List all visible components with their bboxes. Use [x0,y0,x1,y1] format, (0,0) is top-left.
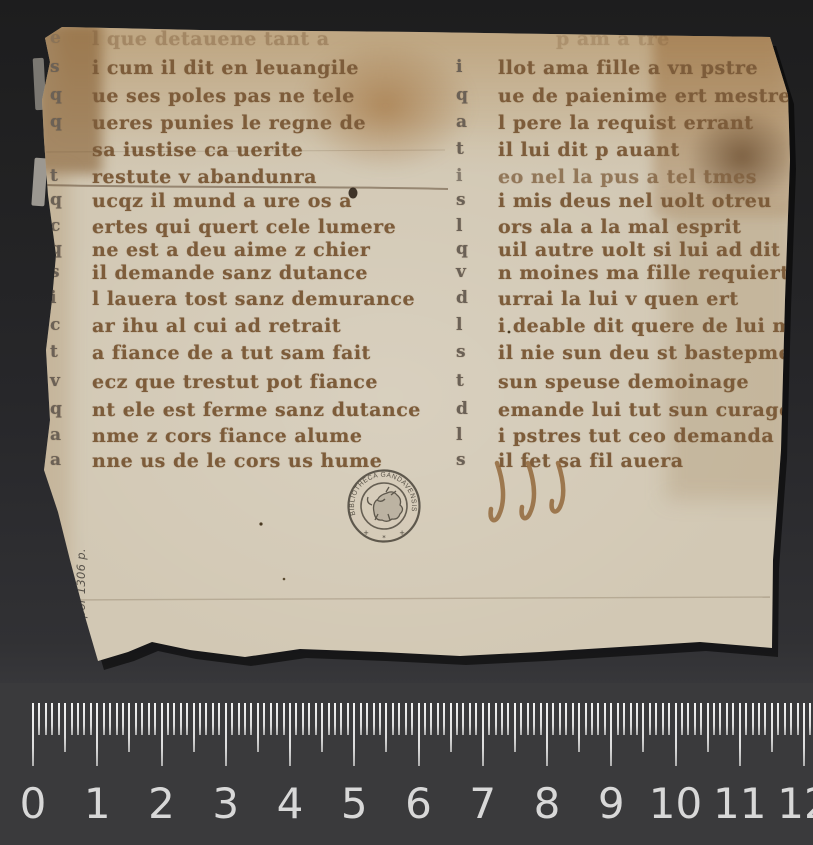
ruler-tick [437,703,439,735]
ruler-tick [527,703,529,735]
ruler-tick [373,703,375,735]
manuscript-line: i cum il dit en leuangile [92,57,359,79]
manuscript-line: l que detauene tant a [92,28,330,50]
ruler-tick [623,703,625,735]
ruler-number: 4 [277,779,304,828]
ruler-tick [71,703,73,735]
ruler-tick [334,703,336,735]
ruler-number: 7 [469,779,496,828]
line-initial: l [456,425,463,445]
ruler-tick [630,703,632,735]
ruler-tick [238,703,240,735]
ruler-tick [270,703,272,735]
ruler-tick [109,703,111,735]
ruler-tick [90,703,92,735]
ruler-tick [225,703,227,766]
manuscript-line: ors ala a la mal esprit [498,216,741,238]
ruler-tick [122,703,124,735]
ruler-tick [295,703,297,735]
ruler-tick [469,703,471,735]
ruler-tick [167,703,169,735]
ruler-tick [32,703,34,766]
ruler-tick [205,703,207,735]
manuscript-line: il nie sun deu st bastepme [498,342,791,364]
line-initial: t [456,371,464,391]
ruler-tick [732,703,734,735]
line-initial: q [50,85,62,105]
manuscript-line: nne us de le cors us hume [92,450,382,472]
ruler-tick [739,703,741,766]
ruler-tick [135,703,137,735]
ruler-tick [726,703,728,735]
line-initial: d [456,399,468,419]
line-initial: s [456,190,466,210]
stamp-mark: + [399,529,405,537]
ruler-tick [790,703,792,735]
ruler-number: 8 [534,779,561,828]
manuscript-line: l lauera tost sanz demurance [92,288,415,310]
ruler-tick [418,703,420,766]
ruler-number: 10 [649,779,702,828]
ruler-tick [533,703,535,735]
ruler-tick [559,703,561,735]
ruler-tick [353,703,355,766]
parchment: el que detauene tant asi cum il dit en l… [0,0,813,683]
line-initial: q [50,190,62,210]
ruler-tick [495,703,497,735]
stamp-lion-icon [368,487,403,521]
line-initial: v [50,371,60,391]
ruler-number: 1 [84,779,111,828]
manuscript-line: ue de paienime ert mestre [498,85,791,107]
ruler-tick [578,703,580,752]
ruler-tick [764,703,766,735]
line-initial: t [456,139,464,159]
ruler-tick [488,703,490,735]
ruler-tick [713,703,715,735]
ruler-tick [520,703,522,735]
manuscript-line: ar ihu al cui ad retrait [92,315,341,337]
manuscript-line: i deable dit quere de lui me [498,315,806,337]
line-initial: q [456,85,468,105]
ruler-number: 0 [20,779,47,828]
ruler-tick [405,703,407,735]
ruler-tick [58,703,60,735]
ruler-tick [514,703,516,752]
ruler-tick [328,703,330,735]
ruler-tick [668,703,670,735]
ruler-tick [752,703,754,735]
line-initial: t [50,342,58,362]
ruler-number: 5 [341,779,368,828]
ruler-number: 12 [777,779,813,828]
ruler-tick [289,703,291,766]
fold-line [60,597,770,600]
ruler-tick [540,703,542,735]
stamp-text: BIBLIOTHECA GANDAVENSIS [349,472,417,516]
manuscript-line: emande lui tut sun curage [498,399,792,421]
ruler-tick [462,703,464,735]
ruler-tick [347,703,349,735]
ruler-tick [360,703,362,735]
manuscript-line: a fiance de a tut sam fait [92,342,371,364]
ruler-tick [148,703,150,735]
manuscript-line: eo nel la pus a tel tmes [498,166,757,188]
ruler-tick [141,703,143,735]
ruler-tick [385,703,387,752]
ruler-number: 2 [148,779,175,828]
ruler-tick [64,703,66,752]
ruler-tick [379,703,381,735]
ruler-tick [687,703,689,735]
ruler-tick [456,703,458,735]
manuscript-line: llot ama fille a vn pstre [498,57,758,79]
ruler-tick [128,703,130,752]
ruler-tick [681,703,683,735]
library-stamp: BIBLIOTHECA GANDAVENSIS + * + [349,471,420,543]
line-initial: t [50,166,58,186]
line-initial: d [456,288,468,308]
ruler-tick [186,703,188,735]
ruler-tick [572,703,574,735]
ruler-tick [366,703,368,735]
ruler-tick [283,703,285,735]
ruler-tick [655,703,657,735]
ruler-tick [597,703,599,735]
ruler-tick [662,703,664,735]
ruler-tick [212,703,214,735]
ruler-tick [38,703,40,735]
ruler-tick [193,703,195,752]
ruler-tick [803,703,805,766]
ruler-tick [180,703,182,735]
manuscript-line: il demande sanz dutance [92,262,368,284]
ruler-tick [771,703,773,752]
line-initial: i [456,166,463,186]
ruler-tick [173,703,175,735]
line-initial: s [456,342,466,362]
ruler-tick [340,703,342,735]
line-initial: a [50,425,62,445]
manuscript-line: n moines ma fille requiert [498,262,790,284]
ruler-tick [565,703,567,735]
ruler-tick [250,703,252,735]
manuscript-line: il fet sa fil auera [498,450,684,472]
ruler-tick [392,703,394,735]
manuscript-line: l pere la requist errant [498,112,754,134]
ruler-tick [700,703,702,735]
manuscript-line: ue ses poles pas ne tele [92,85,355,107]
ruler-tick [809,703,811,735]
ruler-tick [784,703,786,735]
speck [259,522,262,525]
ruler-tick [604,703,606,735]
line-initial: q [50,112,62,132]
ruler-tick [443,703,445,735]
ruler-tick [610,703,612,766]
ruler-tick [103,703,105,735]
ruler-tick [501,703,503,735]
ruler-tick [745,703,747,735]
line-initial: i [456,57,463,77]
line-initial: q [456,239,468,259]
line-initial: s [50,57,60,77]
stamp-inner-ring [361,483,407,529]
ruler-tick [777,703,779,735]
stamp-outer-ring [349,471,420,542]
ruler-tick [649,703,651,735]
ruler-tick [244,703,246,735]
ruler-tick [161,703,163,766]
ruler-tick [411,703,413,735]
ruler-tick [642,703,644,752]
manuscript-line: sun speuse demoinage [498,371,749,393]
ruler-tick [263,703,265,735]
manuscript-line: ertes qui quert cele lumere [92,216,396,238]
manuscript-line: ecz que trestut pot fiance [92,371,378,393]
manuscript-line: ueres punies le regne de [92,112,366,134]
ruler-tick [116,703,118,735]
stamp-mark: * [382,534,386,542]
manuscript-line: restute v abandunra [92,166,317,188]
ruler-tick [546,703,548,766]
line-initial: s [456,450,466,470]
ruler-tick [507,703,509,735]
ruler-tick [51,703,53,735]
ruler-tick [475,703,477,735]
ruler-tick [154,703,156,735]
ruler-tick [552,703,554,735]
manuscript-line: urrai la lui v quen ert [498,288,739,310]
manuscript-line: i mis deus nel uolt otreu [498,190,772,212]
ruler-tick [276,703,278,735]
ruler-tick [591,703,593,735]
ruler-tick [398,703,400,735]
speck [283,578,286,581]
ruler-tick [617,703,619,735]
ruler-tick [302,703,304,735]
ruler-number: 9 [598,779,625,828]
ruler-tick [257,703,259,752]
ruler-tick [45,703,47,735]
ruler-tick [321,703,323,752]
ruler-tick [675,703,677,766]
line-initial: c [50,315,61,335]
manuscript-line: ne est a deu aime z chier [92,239,370,261]
ruler-tick [96,703,98,766]
ruler-tick [694,703,696,735]
ruler-tick [482,703,484,766]
ruler-tick [636,703,638,735]
manuscript-line: nme z cors fiance alume [92,425,362,447]
ruler-tick [707,703,709,752]
ruler-tick [83,703,85,735]
line-initial: l [456,315,463,335]
manuscript-line: uil autre uolt si lui ad dit [498,239,780,261]
ruler-tick [218,703,220,735]
ruler-tick [315,703,317,735]
ruler-tick [450,703,452,752]
manuscript-line: nt ele est ferme sanz dutance [92,399,421,421]
ruler-tick [797,703,799,735]
digitized-manuscript-photo: el que detauene tant asi cum il dit en l… [0,0,813,845]
manuscript-line: i pstres tut ceo demanda [498,425,774,447]
ruler-tick [199,703,201,735]
manuscript-line: ucqz il mund a ure os a [92,190,352,212]
ruler-tick [585,703,587,735]
ruler: 0123456789101112 [0,683,813,845]
stamp-mark: + [363,529,369,537]
ruler-tick [758,703,760,735]
ruler-number: 3 [212,779,239,828]
manuscript-line: sa iustise ca uerite [92,139,303,161]
ruler-tick [77,703,79,735]
line-initial: l [456,216,463,236]
ruler-tick [424,703,426,735]
ruler-tick [430,703,432,735]
manuscript-line: il lui dit p auant [498,139,680,161]
ruler-number: 6 [405,779,432,828]
line-initial: v [456,262,466,282]
line-initial: a [456,112,468,132]
ruler-number: 11 [713,779,766,828]
ruler-tick [719,703,721,735]
ruler-tick [231,703,233,735]
ruler-tick [308,703,310,735]
line-initial: q [50,399,62,419]
